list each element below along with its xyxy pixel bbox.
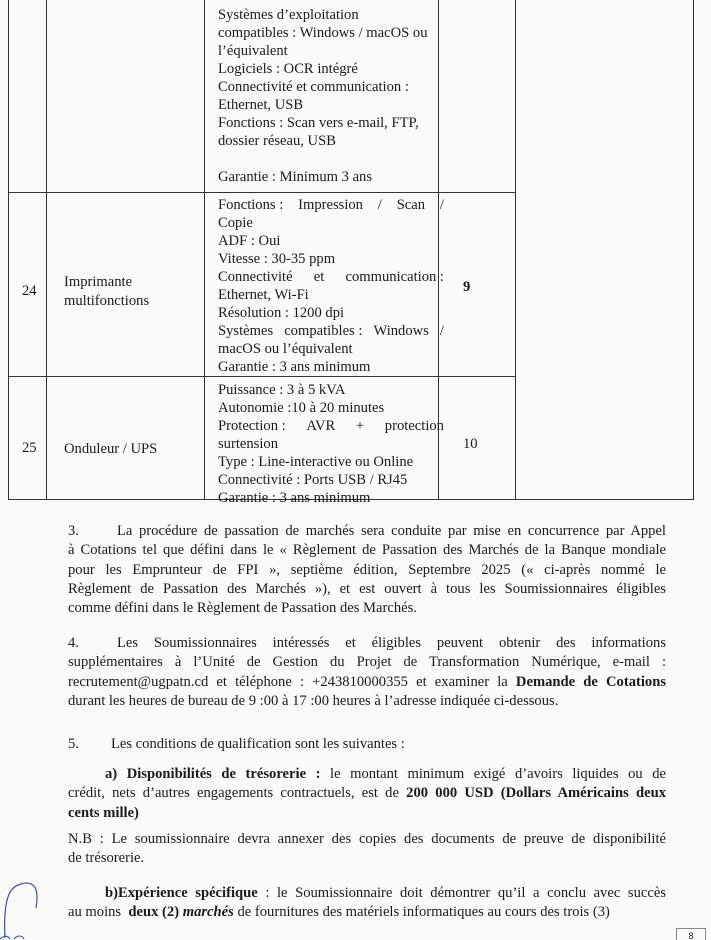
- paragraph-line: supplémentaires à l’Unité de Gestion du …: [68, 653, 666, 672]
- paragraph-5a: a) Disponibilités de trésorerie : le mon…: [68, 765, 666, 823]
- paragraph-number: 5.: [68, 736, 79, 752]
- quantity: 10: [463, 436, 478, 453]
- text: Les conditions de qualification sont les…: [111, 736, 405, 752]
- text: le montant minimum exigé d’avoirs liquid…: [320, 766, 666, 782]
- paragraph-line: cents mille): [68, 804, 666, 823]
- paragraph-line: recrutement@ugpatn.cd et téléphone : +24…: [68, 673, 666, 692]
- paragraph-line: durant les heures de bureau de 9 :00 à 1…: [68, 692, 666, 711]
- spec-line: Copie: [218, 214, 444, 232]
- bold-italic-text: marchés: [183, 904, 234, 920]
- paragraph-3: 3.La procédure de passation de marchés s…: [68, 522, 666, 618]
- paragraph-line: de trésorerie.: [68, 849, 666, 868]
- spec-line: surtension: [218, 435, 444, 453]
- page-number: 8: [676, 928, 706, 940]
- paragraph-line: a) Disponibilités de trésorerie : le mon…: [68, 765, 666, 784]
- text: recrutement@ugpatn.cd et téléphone : +24…: [68, 674, 516, 690]
- spec-line: [218, 150, 444, 168]
- paragraph-number: 4.: [68, 635, 79, 651]
- spec-line: Garantie : Minimum 3 ans: [218, 168, 444, 186]
- text: de fournitures des matériels informatiqu…: [234, 904, 610, 920]
- spec-line: compatibles : Windows / macOS ou: [218, 24, 444, 42]
- item-name: Onduleur / UPS: [64, 440, 157, 459]
- spec-line: Autonomie :10 à 20 minutes: [218, 399, 444, 417]
- row-divider: [8, 192, 516, 193]
- table-row-specs: Systèmes d’exploitationcompatibles : Win…: [218, 6, 444, 186]
- spec-line: ADF : Oui: [218, 232, 444, 250]
- spec-line: l’équivalent: [218, 42, 444, 60]
- table-row-specs: Puissance : 3 à 5 kVAAutonomie :10 à 20 …: [218, 381, 444, 507]
- paragraph-4: 4.Les Soumissionnaires intéressés et éli…: [68, 634, 666, 711]
- table-row-specs: Fonctions :Impression/Scan/CopieADF : Ou…: [218, 196, 444, 376]
- column-divider: [515, 0, 516, 500]
- text: : le Soumissionnaire doit démontrer qu’i…: [258, 885, 666, 901]
- handwritten-initials-icon: [0, 880, 60, 940]
- spec-line: Ethernet, Wi-Fi: [218, 286, 444, 304]
- spec-line: macOS ou l’équivalent: [218, 340, 444, 358]
- spec-line: Connectivité : Ports USB / RJ45: [218, 471, 444, 489]
- paragraph-line: comme défini dans le Règlement de Passat…: [68, 599, 666, 618]
- text: Les Soumissionnaires intéressés et éligi…: [117, 635, 666, 651]
- spec-line: Systèmes d’exploitation: [218, 6, 444, 24]
- equipment-spec-table: Systèmes d’exploitationcompatibles : Win…: [8, 0, 694, 501]
- column-divider: [204, 0, 205, 500]
- bold-text: cents mille): [68, 805, 139, 821]
- spec-line: Ethernet, USB: [218, 96, 444, 114]
- spec-line: Fonctions :Impression/Scan/: [218, 196, 444, 214]
- item-name: Imprimante multifonctions: [64, 273, 149, 311]
- paragraph-number: 3.: [68, 523, 79, 539]
- bold-text: deux (2): [128, 904, 182, 920]
- spec-line: Puissance : 3 à 5 kVA: [218, 381, 444, 399]
- text: La procédure de passation de marchés ser…: [117, 523, 666, 539]
- text: au moins: [68, 904, 128, 920]
- row-divider: [8, 376, 516, 377]
- paragraph-line: N.B : Le soumissionnaire devra annexer d…: [68, 830, 666, 849]
- note-nb: N.B : Le soumissionnaire devra annexer d…: [68, 830, 666, 869]
- spec-line: Garantie : 3 ans minimum: [218, 489, 444, 507]
- paragraph-line: à Cotations tel que défini dans le « Règ…: [68, 541, 666, 560]
- spec-line: Systèmescompatibles :Windows/: [218, 322, 444, 340]
- quantity: 9: [463, 279, 470, 296]
- text: crédit, nets d’autres engagements contra…: [68, 785, 406, 801]
- paragraph-line: b)Expérience spécifique : le Soumissionn…: [68, 884, 666, 903]
- item-name-line: multifonctions: [64, 292, 149, 311]
- bold-text: b)Expérience spécifique: [105, 885, 258, 901]
- spec-line: Connectivitéetcommunication :: [218, 268, 444, 286]
- spec-line: Logiciels : OCR intégré: [218, 60, 444, 78]
- bold-text: Demande de Cotations: [516, 674, 666, 690]
- paragraph-line: 3.La procédure de passation de marchés s…: [68, 522, 666, 541]
- spec-line: Protection :AVR+protection: [218, 417, 444, 435]
- document-page: Systèmes d’exploitationcompatibles : Win…: [0, 0, 711, 940]
- spec-line: Résolution : 1200 dpi: [218, 304, 444, 322]
- spec-line: Connectivité et communication :: [218, 78, 444, 96]
- row-number: 25: [22, 440, 37, 457]
- spec-line: Vitesse : 30-35 ppm: [218, 250, 444, 268]
- paragraph-line: pour les Emprunteur de FPI », septième é…: [68, 561, 666, 580]
- spec-line: Type : Line-interactive ou Online: [218, 453, 444, 471]
- paragraph-line: au moins deux (2) marchés de fournitures…: [68, 903, 666, 922]
- spec-line: dossier réseau, USB: [218, 132, 444, 150]
- spec-line: Fonctions : Scan vers e-mail, FTP,: [218, 114, 444, 132]
- bold-text: 200 000 USD (Dollars Américains deux: [406, 785, 666, 801]
- paragraph-line: Règlement de Passation des Marchés »), e…: [68, 580, 666, 599]
- item-name-line: Imprimante: [64, 273, 149, 292]
- column-divider: [46, 0, 47, 500]
- paragraph-line: crédit, nets d’autres engagements contra…: [68, 784, 666, 803]
- row-number: 24: [22, 283, 37, 300]
- paragraph-5b: b)Expérience spécifique : le Soumissionn…: [68, 884, 666, 923]
- spec-line: Garantie : 3 ans minimum: [218, 358, 444, 376]
- paragraph-line: 5.Les conditions de qualification sont l…: [68, 735, 666, 754]
- paragraph-line: 4.Les Soumissionnaires intéressés et éli…: [68, 634, 666, 653]
- bold-text: a) Disponibilités de trésorerie :: [105, 766, 320, 782]
- paragraph-5: 5.Les conditions de qualification sont l…: [68, 735, 666, 754]
